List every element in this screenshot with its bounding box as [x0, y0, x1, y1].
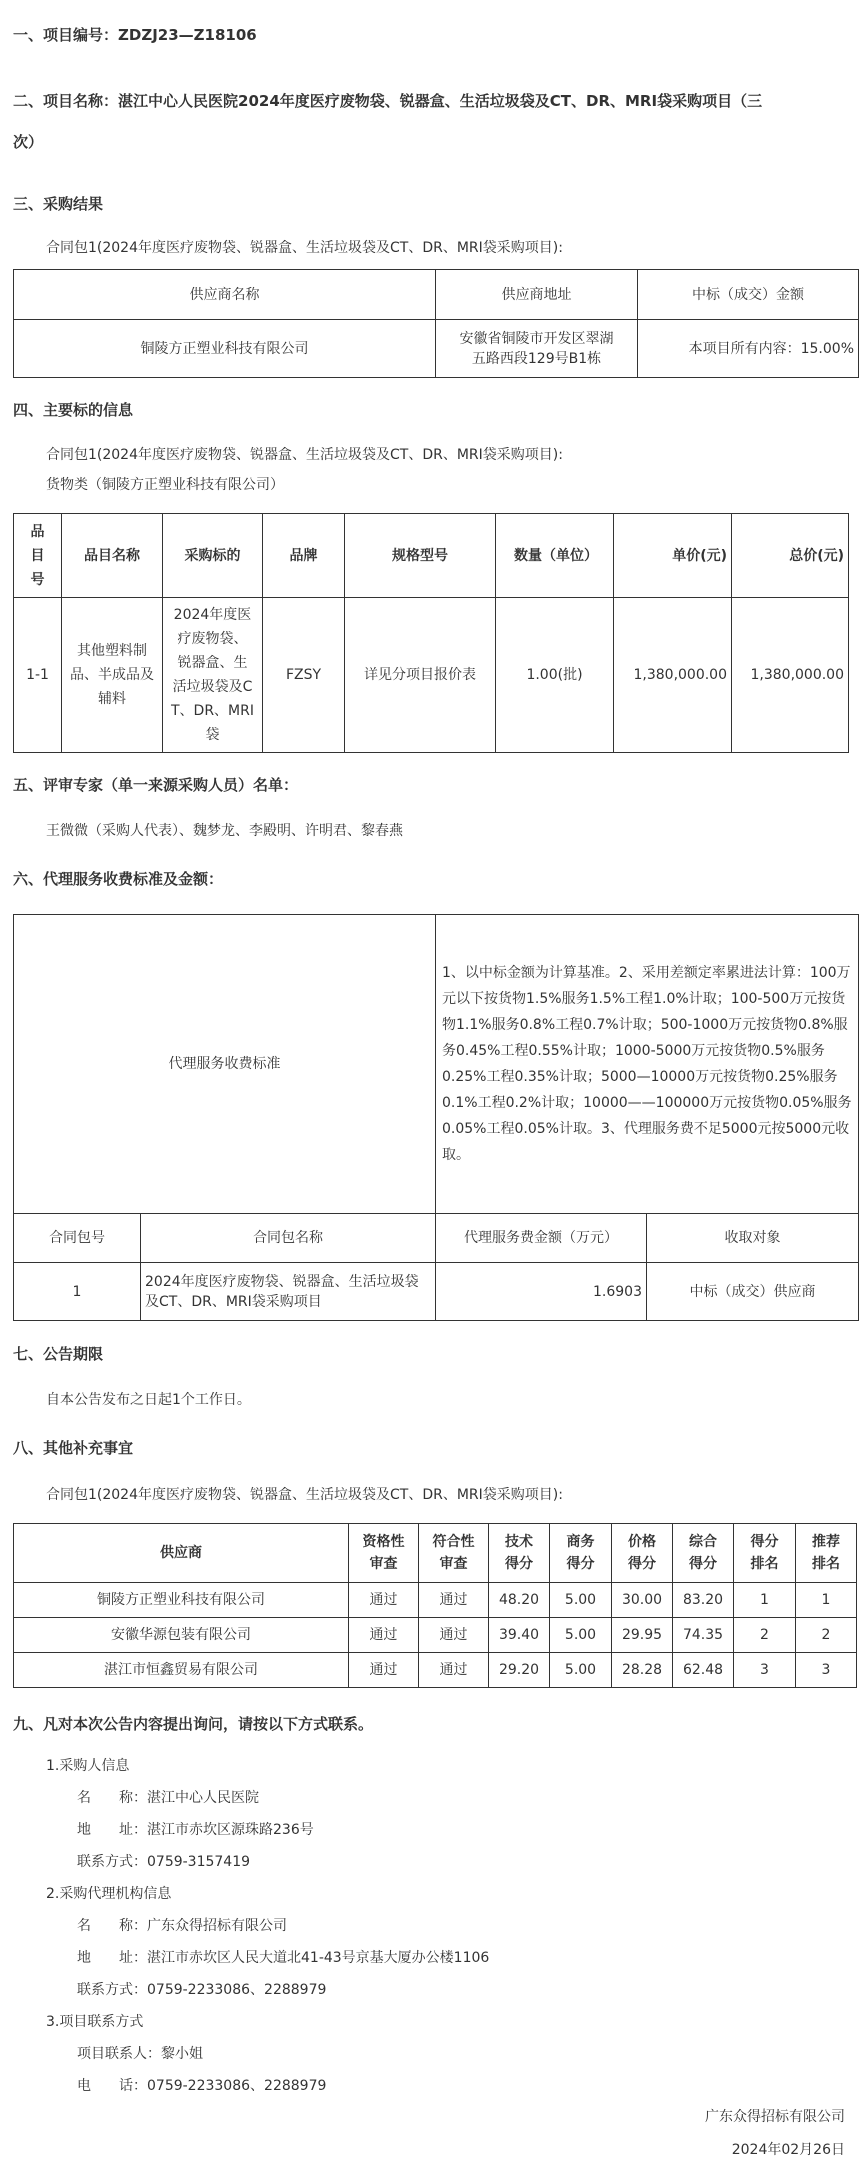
- item-name: 其他塑料制品、半成品及辅料: [62, 598, 163, 753]
- project-number-line: 一、项目编号：ZDZJ23—Z18106: [13, 24, 257, 45]
- table-row: 湛江市恒鑫贸易有限公司 通过 通过 29.20 5.00 28.28 62.48…: [14, 1653, 857, 1688]
- brand: FZSY: [263, 598, 345, 753]
- result-table: 供应商名称 供应商地址 中标（成交）金额 铜陵方正塑业科技有限公司 安徽省铜陵市…: [13, 269, 859, 378]
- conformity: 通过: [419, 1653, 489, 1688]
- col-price-score: 价格得分: [612, 1524, 673, 1583]
- section-title-other: 八、其他补充事宜: [13, 1437, 133, 1458]
- unit-price: 1,380,000.00: [614, 598, 732, 753]
- table-row: 铜陵方正塑业科技有限公司 通过 通过 48.20 5.00 30.00 83.2…: [14, 1583, 857, 1618]
- tech-score: 48.20: [489, 1583, 550, 1618]
- award-amount: 本项目所有内容：15.00%: [638, 320, 859, 378]
- section-title-fee: 六、代理服务收费标准及金额：: [13, 868, 223, 889]
- col-score-rank: 得分排名: [734, 1524, 796, 1583]
- package-line: 合同包1(2024年度医疗废物袋、锐器盒、生活垃圾袋及CT、DR、MRI袋采购项…: [46, 1484, 563, 1504]
- business-score: 5.00: [550, 1583, 612, 1618]
- col-total-price: 总价(元): [732, 514, 849, 598]
- item-no: 1-1: [14, 598, 62, 753]
- quantity: 1.00(批): [496, 598, 614, 753]
- footer-date: 2024年02月26日: [732, 2139, 845, 2159]
- col-total-score: 综合得分: [673, 1524, 734, 1583]
- spec: 详见分项目报价表: [345, 598, 496, 753]
- fee-standard-text: 1、以中标金额为计算基准。2、采用差额定率累进法计算：100万元以下按货物1.5…: [436, 915, 859, 1214]
- col-award-amount: 中标（成交）金额: [638, 270, 859, 320]
- business-score: 5.00: [550, 1653, 612, 1688]
- agency-contact: 联系方式：0759-2233086、2288979: [77, 1979, 326, 1999]
- supplier: 铜陵方正塑业科技有限公司: [14, 1583, 349, 1618]
- col-business-score: 商务得分: [550, 1524, 612, 1583]
- col-supplier-address: 供应商地址: [436, 270, 638, 320]
- buyer-name: 名 称：湛江中心人民医院: [77, 1787, 259, 1807]
- score-rank: 1: [734, 1583, 796, 1618]
- conformity: 通过: [419, 1583, 489, 1618]
- project-contact-person: 项目联系人：黎小姐: [77, 2043, 203, 2063]
- recommend-rank: 1: [796, 1583, 857, 1618]
- project-name-line: 二、项目名称：湛江中心人民医院2024年度医疗废物袋、锐器盒、生活垃圾袋及CT、…: [13, 90, 762, 111]
- fee-standard-label: 代理服务收费标准: [14, 915, 436, 1214]
- total-price: 1,380,000.00: [732, 598, 849, 753]
- agency-heading: 2.采购代理机构信息: [46, 1883, 171, 1903]
- period-text: 自本公告发布之日起1个工作日。: [46, 1389, 251, 1409]
- project-number-value: ZDZJ23—Z18106: [118, 26, 257, 44]
- footer-company: 广东众得招标有限公司: [705, 2106, 845, 2126]
- package-line: 合同包1(2024年度医疗废物袋、锐器盒、生活垃圾袋及CT、DR、MRI袋采购项…: [46, 444, 563, 464]
- col-package-no: 合同包号: [14, 1214, 141, 1263]
- fee-amount: 1.6903: [436, 1263, 647, 1321]
- score-rank: 2: [734, 1618, 796, 1653]
- project-contact-phone: 电 话：0759-2233086、2288979: [77, 2075, 326, 2095]
- table-header-row: 合同包号 合同包名称 代理服务费金额（万元） 收取对象: [14, 1214, 859, 1263]
- col-unit-price: 单价(元): [614, 514, 732, 598]
- table-header-row: 供应商名称 供应商地址 中标（成交）金额: [14, 270, 859, 320]
- table-header-row: 品目号 品目名称 采购标的 品牌 规格型号 数量（单位） 单价(元) 总价(元): [14, 514, 849, 598]
- buyer-address: 地 址：湛江市赤坎区源珠路236号: [77, 1819, 314, 1839]
- col-spec: 规格型号: [345, 514, 496, 598]
- project-name-line-2: 次）: [13, 131, 43, 152]
- section-title-result: 三、采购结果: [13, 193, 103, 214]
- price-score: 30.00: [612, 1583, 673, 1618]
- col-payer: 收取对象: [647, 1214, 859, 1263]
- table-row: 1 2024年度医疗废物袋、锐器盒、生活垃圾袋及CT、DR、MRI袋采购项目 1…: [14, 1263, 859, 1321]
- address-line-1: 安徽省铜陵市开发区翠湖: [440, 329, 633, 349]
- buyer-contact: 联系方式：0759-3157419: [77, 1851, 250, 1871]
- col-qualification: 资格性审查: [349, 1524, 419, 1583]
- tech-score: 29.20: [489, 1653, 550, 1688]
- buyer-heading: 1.采购人信息: [46, 1755, 129, 1775]
- section-title-subject: 四、主要标的信息: [13, 399, 133, 420]
- qualification: 通过: [349, 1618, 419, 1653]
- table-row: 安徽华源包装有限公司 通过 通过 39.40 5.00 29.95 74.35 …: [14, 1618, 857, 1653]
- section-title-period: 七、公告期限: [13, 1343, 103, 1364]
- col-item-name: 品目名称: [62, 514, 163, 598]
- project-number-label: 一、项目编号：: [13, 26, 118, 44]
- agency-address: 地 址：湛江市赤坎区人民大道北41-43号京基大厦办公楼1106: [77, 1947, 489, 1967]
- recommend-rank: 3: [796, 1653, 857, 1688]
- expert-list: 王微微（采购人代表）、魏梦龙、李殿明、许明君、黎春燕: [46, 820, 403, 840]
- col-fee-amount: 代理服务费金额（万元）: [436, 1214, 647, 1263]
- total-score: 62.48: [673, 1653, 734, 1688]
- project-name-label: 二、项目名称：: [13, 92, 118, 110]
- project-contact-heading: 3.项目联系方式: [46, 2011, 143, 2031]
- col-quantity: 数量（单位）: [496, 514, 614, 598]
- package-no: 1: [14, 1263, 141, 1321]
- purchase-subject: 2024年度医疗废物袋、锐器盒、生活垃圾袋及CT、DR、MRI袋: [163, 598, 263, 753]
- col-recommend-rank: 推荐排名: [796, 1524, 857, 1583]
- section-title-contact: 九、凡对本次公告内容提出询问，请按以下方式联系。: [13, 1713, 373, 1734]
- category-line: 货物类（铜陵方正塑业科技有限公司）: [46, 474, 284, 494]
- fee-standard-row: 代理服务收费标准 1、以中标金额为计算基准。2、采用差额定率累进法计算：100万…: [14, 915, 859, 1214]
- package-name: 2024年度医疗废物袋、锐器盒、生活垃圾袋及CT、DR、MRI袋采购项目: [141, 1263, 436, 1321]
- recommend-rank: 2: [796, 1618, 857, 1653]
- supplier: 湛江市恒鑫贸易有限公司: [14, 1653, 349, 1688]
- col-subject: 采购标的: [163, 514, 263, 598]
- fee-table: 代理服务收费标准 1、以中标金额为计算基准。2、采用差额定率累进法计算：100万…: [13, 914, 859, 1321]
- package-line: 合同包1(2024年度医疗废物袋、锐器盒、生活垃圾袋及CT、DR、MRI袋采购项…: [46, 237, 563, 257]
- address-line-2: 五路西段129号B1栋: [440, 349, 633, 369]
- col-package-name: 合同包名称: [141, 1214, 436, 1263]
- subject-table: 品目号 品目名称 采购标的 品牌 规格型号 数量（单位） 单价(元) 总价(元)…: [13, 513, 849, 753]
- project-name-value: 湛江中心人民医院2024年度医疗废物袋、锐器盒、生活垃圾袋及CT、DR、MRI袋…: [118, 92, 762, 110]
- table-header-row: 供应商 资格性审查 符合性审查 技术得分 商务得分 价格得分 综合得分 得分排名…: [14, 1524, 857, 1583]
- supplier: 安徽华源包装有限公司: [14, 1618, 349, 1653]
- conformity: 通过: [419, 1618, 489, 1653]
- col-conformity: 符合性审查: [419, 1524, 489, 1583]
- score-rank: 3: [734, 1653, 796, 1688]
- payer: 中标（成交）供应商: [647, 1263, 859, 1321]
- qualification: 通过: [349, 1583, 419, 1618]
- col-supplier-name: 供应商名称: [14, 270, 436, 320]
- col-tech-score: 技术得分: [489, 1524, 550, 1583]
- section-title-experts: 五、评审专家（单一来源采购人员）名单：: [13, 774, 298, 795]
- table-row: 1-1 其他塑料制品、半成品及辅料 2024年度医疗废物袋、锐器盒、生活垃圾袋及…: [14, 598, 849, 753]
- price-score: 28.28: [612, 1653, 673, 1688]
- total-score: 83.20: [673, 1583, 734, 1618]
- col-item-no: 品目号: [14, 514, 62, 598]
- supplier-address: 安徽省铜陵市开发区翠湖五路西段129号B1栋: [436, 320, 638, 378]
- tech-score: 39.40: [489, 1618, 550, 1653]
- col-supplier: 供应商: [14, 1524, 349, 1583]
- table-row: 铜陵方正塑业科技有限公司 安徽省铜陵市开发区翠湖五路西段129号B1栋 本项目所…: [14, 320, 859, 378]
- qualification: 通过: [349, 1653, 419, 1688]
- business-score: 5.00: [550, 1618, 612, 1653]
- score-table: 供应商 资格性审查 符合性审查 技术得分 商务得分 价格得分 综合得分 得分排名…: [13, 1523, 857, 1688]
- total-score: 74.35: [673, 1618, 734, 1653]
- col-brand: 品牌: [263, 514, 345, 598]
- price-score: 29.95: [612, 1618, 673, 1653]
- supplier-name: 铜陵方正塑业科技有限公司: [14, 320, 436, 378]
- agency-name: 名 称：广东众得招标有限公司: [77, 1915, 287, 1935]
